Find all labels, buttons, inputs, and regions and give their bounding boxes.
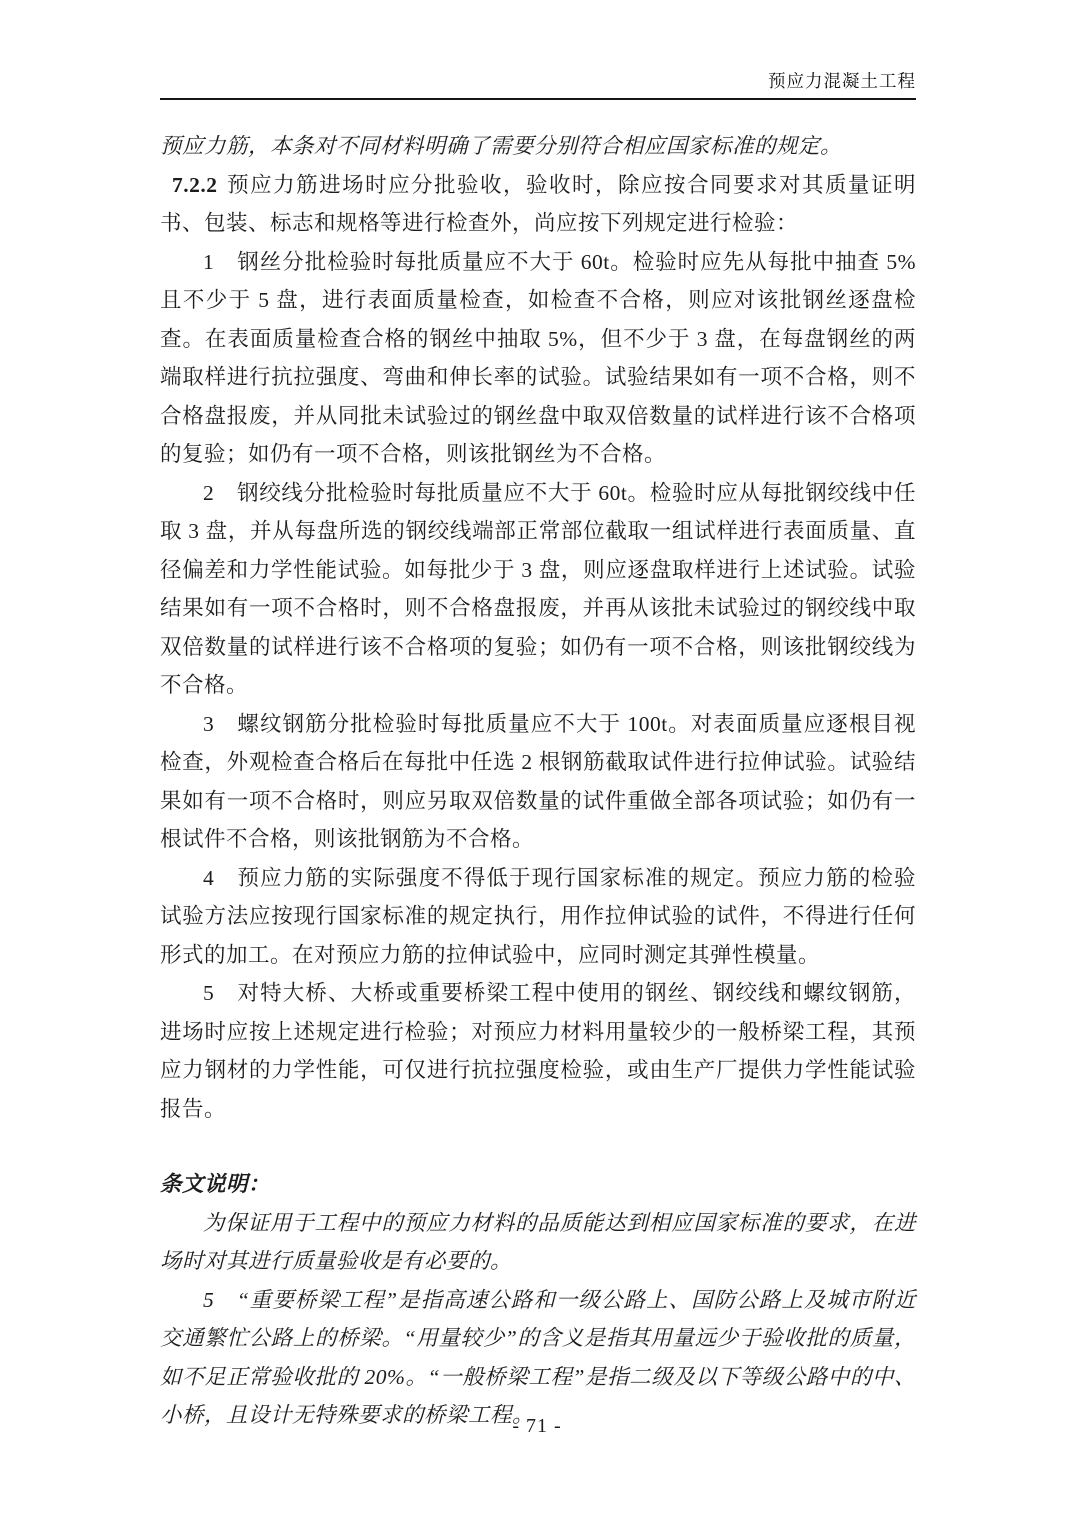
item-number: 1 <box>203 250 214 274</box>
clause-item-2: 2钢绞线分批检验时每批质量应不大于 60t。检验时应从每批钢绞线中任取 3 盘，… <box>160 474 916 705</box>
item-text: 螺纹钢筋分批检验时每批质量应不大于 100t。对表面质量应逐根目视检查，外观检查… <box>160 712 916 852</box>
item-number: 3 <box>203 712 214 736</box>
header-title: 预应力混凝土工程 <box>768 71 916 91</box>
document-body: 预应力筋，本条对不同材料明确了需要分别符合相应国家标准的规定。 7.2.2预应力… <box>160 127 916 1435</box>
commentary-paragraph-2: 5“重要桥梁工程”是指高速公路和一级公路上、国防公路上及城市附近交通繁忙公路上的… <box>160 1281 916 1435</box>
item-number: 4 <box>203 866 214 890</box>
clause-number: 7.2.2 <box>172 173 218 197</box>
item-text: 钢绞线分批检验时每批质量应不大于 60t。检验时应从每批钢绞线中任取 3 盘，并… <box>160 481 916 698</box>
item-number: 2 <box>203 481 214 505</box>
clause-text: 预应力筋进场时应分批验收，验收时，除应按合同要求对其质量证明书、包装、标志和规格… <box>160 173 916 236</box>
document-page: 预应力混凝土工程 预应力筋，本条对不同材料明确了需要分别符合相应国家标准的规定。… <box>0 0 1074 1520</box>
commentary-item-text: “重要桥梁工程”是指高速公路和一级公路上、国防公路上及城市附近交通繁忙公路上的桥… <box>160 1288 916 1428</box>
commentary-item-number: 5 <box>203 1288 214 1312</box>
page-number: - 71 - <box>0 1415 1074 1438</box>
clause-paragraph: 7.2.2预应力筋进场时应分批验收，验收时，除应按合同要求对其质量证明书、包装、… <box>160 166 916 243</box>
item-text: 钢丝分批检验时每批质量应不大于 60t。检验时应先从每批中抽查 5%且不少于 5… <box>160 250 916 467</box>
clause-item-4: 4预应力筋的实际强度不得低于现行国家标准的规定。预应力筋的检验试验方法应按现行国… <box>160 859 916 975</box>
item-text: 预应力筋的实际强度不得低于现行国家标准的规定。预应力筋的检验试验方法应按现行国家… <box>160 866 916 967</box>
clause-item-1: 1钢丝分批检验时每批质量应不大于 60t。检验时应先从每批中抽查 5%且不少于 … <box>160 243 916 474</box>
page-header: 预应力混凝土工程 <box>160 0 916 100</box>
commentary-paragraph-1: 为保证用于工程中的预应力材料的品质能达到相应国家标准的要求，在进场时对其进行质量… <box>160 1204 916 1281</box>
clause-item-5: 5对特大桥、大桥或重要桥梁工程中使用的钢丝、钢绞线和螺纹钢筋，进场时应按上述规定… <box>160 974 916 1128</box>
item-number: 5 <box>203 981 214 1005</box>
clause-item-3: 3螺纹钢筋分批检验时每批质量应不大于 100t。对表面质量应逐根目视检查，外观检… <box>160 705 916 859</box>
item-text: 对特大桥、大桥或重要桥梁工程中使用的钢丝、钢绞线和螺纹钢筋，进场时应按上述规定进… <box>160 981 916 1121</box>
intro-paragraph: 预应力筋，本条对不同材料明确了需要分别符合相应国家标准的规定。 <box>160 127 916 166</box>
commentary-heading: 条文说明： <box>160 1165 916 1204</box>
commentary-section: 条文说明： 为保证用于工程中的预应力材料的品质能达到相应国家标准的要求，在进场时… <box>160 1165 916 1435</box>
